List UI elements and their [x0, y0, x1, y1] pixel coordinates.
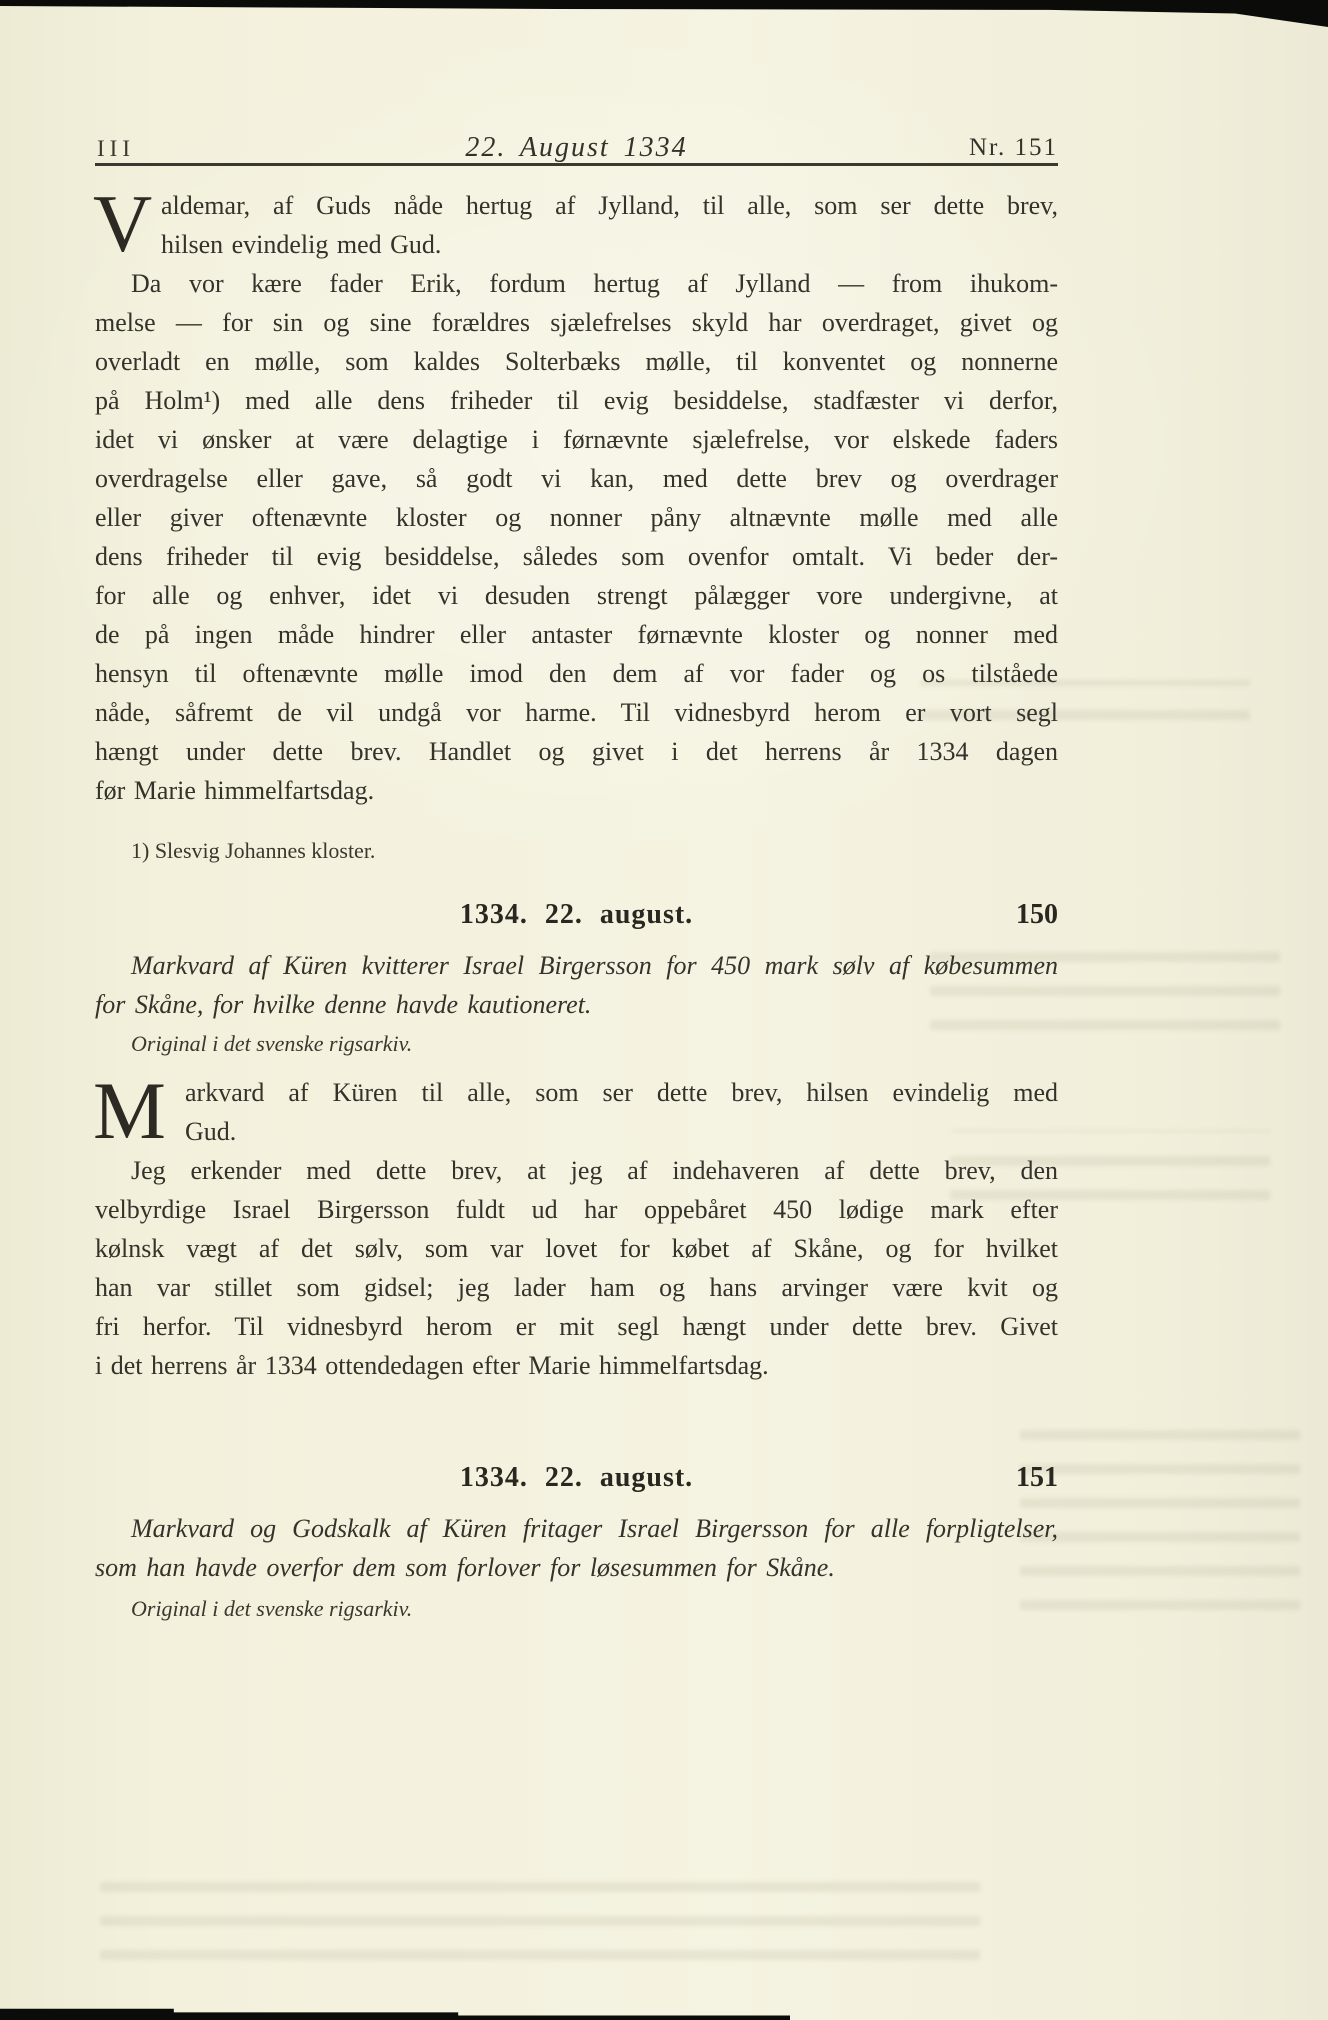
text-line: som han havde overfor dem som forlover f…	[95, 1548, 1058, 1587]
text-line: før Marie himmelfartsdag.	[95, 771, 1058, 810]
text-line: Markvard og Godskalk af Küren fritager I…	[95, 1509, 1058, 1548]
text-line: Da vor kære fader Erik, fordum hertug af…	[95, 264, 1058, 303]
running-header-date: 22. August 1334	[465, 132, 687, 164]
text-line: på Holm¹) med alle dens friheder til evi…	[95, 381, 1058, 420]
text-line: i det herrens år 1334 ottendedagen efter…	[95, 1346, 1058, 1385]
charter-number-label: Nr. 151	[969, 134, 1058, 162]
text-line: idet vi ønsker at være delagtige i førnæ…	[95, 420, 1058, 459]
text-line: for alle og enhver, idet vi desuden stre…	[95, 576, 1058, 615]
text-line: Jeg erkender med dette brev, at jeg af i…	[95, 1151, 1058, 1190]
text-line: velbyrdige Israel Birgersson fuldt ud ha…	[95, 1190, 1058, 1229]
text-line: arkvard af Küren til alle, som ser dette…	[95, 1073, 1058, 1112]
text-line: kølnsk vægt af det sølv, som var lovet f…	[95, 1229, 1058, 1268]
source-note: Original i det svenske rigsarkiv.	[131, 1596, 412, 1622]
entry-date: 1334. 22. august.	[460, 1462, 693, 1494]
entry-summary-151: Markvard og Godskalk af Küren fritager I…	[95, 1509, 1058, 1587]
text-line: melse — for sin og sine forældres sjælef…	[95, 303, 1058, 342]
entry-heading-151: 1334. 22. august. 151	[95, 1462, 1058, 1502]
drop-cap: M	[93, 1075, 166, 1147]
drop-cap: V	[93, 188, 152, 260]
entry-date: 1334. 22. august.	[460, 899, 693, 931]
text-line: nåde, såfremt de vil undgå vor harme. Ti…	[95, 693, 1058, 732]
entry-heading-150: 1334. 22. august. 150	[95, 899, 1058, 939]
text-line: aldemar, af Guds nåde hertug af Jylland,…	[95, 186, 1058, 225]
charter-lines: aldemar, af Guds nåde hertug af Jylland,…	[95, 186, 1058, 810]
entry-summary-150: Markvard af Küren kvitterer Israel Birge…	[95, 946, 1058, 1024]
text-line: eller giver oftenævnte kloster og nonner…	[95, 498, 1058, 537]
page-number: III	[97, 136, 135, 162]
text-line: de på ingen måde hindrer eller antaster …	[95, 615, 1058, 654]
charter-text-151: V aldemar, af Guds nåde hertug af Jyllan…	[95, 186, 1058, 810]
header-rule	[95, 163, 1058, 166]
source-note: Original i det svenske rigsarkiv.	[131, 1031, 412, 1057]
bleed-through-mark	[1020, 1430, 1300, 1610]
text-line: dens friheder til evig besiddelse, såled…	[95, 537, 1058, 576]
text-line: Gud.	[95, 1112, 1058, 1151]
footnote: 1) Slesvig Johannes kloster.	[131, 838, 375, 864]
text-line: han var stillet som gidsel; jeg lader ha…	[95, 1268, 1058, 1307]
entry-number: 150	[1016, 899, 1058, 931]
entry-number: 151	[1016, 1462, 1058, 1494]
charter-lines: arkvard af Küren til alle, som ser dette…	[95, 1073, 1058, 1385]
text-line: overladt en mølle, som kaldes Solterbæks…	[95, 342, 1058, 381]
text-line: Markvard af Küren kvitterer Israel Birge…	[95, 946, 1058, 985]
charter-text-150: M arkvard af Küren til alle, som ser det…	[95, 1073, 1058, 1385]
text-line: overdragelse eller gave, så godt vi kan,…	[95, 459, 1058, 498]
text-line: for Skåne, for hvilke denne havde kautio…	[95, 985, 1058, 1024]
text-line: hængt under dette brev. Handlet og givet…	[95, 732, 1058, 771]
running-header: III 22. August 1334 Nr. 151	[95, 120, 1058, 164]
text-line: hensyn til oftenævnte mølle imod den dem…	[95, 654, 1058, 693]
text-line: hilsen evindelig med Gud.	[95, 225, 1058, 264]
page-content: III 22. August 1334 Nr. 151 V aldemar, a…	[95, 0, 1058, 2020]
text-line: fri herfor. Til vidnesbyrd herom er mit …	[95, 1307, 1058, 1346]
scanned-book-page: III 22. August 1334 Nr. 151 V aldemar, a…	[0, 0, 1328, 2020]
